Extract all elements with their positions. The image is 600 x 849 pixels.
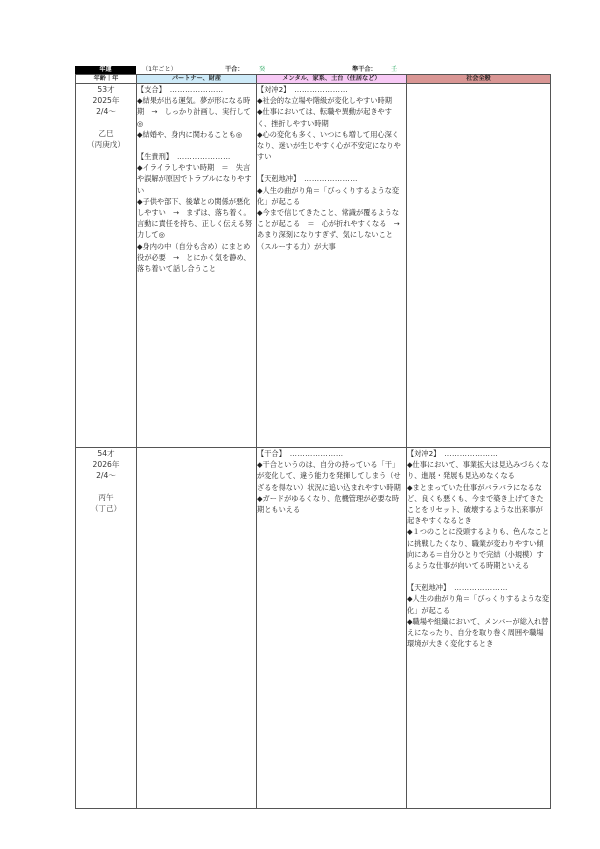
- block-dots: …………………: [454, 583, 508, 592]
- block-dots: …………………: [170, 85, 224, 94]
- column-header-age: 年齢｜年: [76, 75, 137, 84]
- list-item: ◆干合というのは、自分の持っている「干」が変化して、違う能力を発揮してしまう（せ…: [257, 459, 406, 493]
- list-item: ◆子供や部下、後輩との関係が悪化しやすい → まずは、落ち着く。言動に責任を持ち…: [137, 196, 256, 241]
- block-dots: …………………: [304, 174, 358, 183]
- date-text: 2/4〜: [76, 106, 136, 117]
- block-dots: …………………: [177, 152, 231, 161]
- column-header-row: 年齢｜年 パートナー、財産 メンタル、家系、土台（住居など） 社会全般: [76, 75, 551, 84]
- sheet-header: 年運 （1年ごと） 干合： 癸 準干合： 壬: [75, 66, 550, 74]
- list-item: ◆今まで信じてきたこと、常識が覆るようなことが起こる ＝ 心が折れやすくなる →…: [257, 207, 406, 252]
- age-text: 54才: [76, 448, 136, 459]
- block-title: 【干合】: [257, 449, 286, 458]
- list-item: ◆結婚や、身内に関わることも◎: [137, 129, 256, 140]
- block-title: 【天剋地冲】: [407, 583, 450, 592]
- block-title: 【対冲2】: [257, 85, 290, 94]
- column-header-partner: パートナー、財産: [137, 75, 257, 84]
- jun-kango-value: 壬: [391, 66, 397, 74]
- year-text: 2025年: [76, 95, 136, 106]
- fortune-block: 【対冲2】………………… ◆社会的な立場や階級が変化しやすい時期 ◆仕事において…: [257, 84, 406, 162]
- block-title: 【天剋地冲】: [257, 174, 300, 183]
- social-cell: [407, 84, 551, 448]
- list-item: ◆心の変化も多く、いつにも増して用心深くなり、迷いが生じやすく心が不安定になりや…: [257, 129, 406, 163]
- mental-cell: 【対冲2】………………… ◆社会的な立場や階級が変化しやすい時期 ◆仕事において…: [257, 84, 407, 448]
- table-row-2025: 53才 2025年 2/4〜 乙巳 （丙庚戊） 【支合】………………… ◆結果が…: [76, 84, 551, 448]
- block-dots: …………………: [294, 85, 348, 94]
- zokan-text: （丁己）: [76, 503, 136, 514]
- list-item: ◆仕事においては、転職や異動が起きやすく、挫折しやすい時期: [257, 106, 406, 128]
- list-item: ◆人生の曲がり角＝「びっくりするような変化」が起こる: [407, 593, 550, 615]
- per-year-note: （1年ごと）: [142, 66, 177, 74]
- fortune-sheet: 年運 （1年ごと） 干合： 癸 準干合： 壬 年齢｜年 パートナー、財産 メンタ…: [0, 0, 600, 849]
- list-item: ◆人生の曲がり角＝「びっくりするような変化」が起こる: [257, 185, 406, 207]
- block-title: 【対冲2】: [407, 449, 440, 458]
- fortune-block: 【天剋地冲】………………… ◆人生の曲がり角＝「びっくりするような変化」が起こる…: [407, 582, 550, 649]
- mental-cell: 【干合】………………… ◆干合というのは、自分の持っている「干」が変化して、違う…: [257, 448, 407, 809]
- kango-label: 干合：: [225, 66, 244, 74]
- social-cell: 【対冲2】………………… ◆仕事において、事業拡大は見込みづらくなり、進展・発展…: [407, 448, 551, 809]
- list-item: ◆職場や組織において、メンバーが総入れ替えになったり、自分を取り巻く周囲や職場環…: [407, 616, 550, 650]
- block-dots: …………………: [444, 449, 498, 458]
- date-text: 2/4〜: [76, 470, 136, 481]
- block-dots: …………………: [290, 449, 344, 458]
- age-cell: 53才 2025年 2/4〜 乙巳 （丙庚戊）: [76, 84, 137, 448]
- block-title: 【生貴刑】: [137, 152, 173, 161]
- year-text: 2026年: [76, 459, 136, 470]
- column-header-mental: メンタル、家系、土台（住居など）: [257, 75, 407, 84]
- kanshi-text: 乙巳: [76, 128, 136, 139]
- block-title: 【支合】: [137, 85, 166, 94]
- list-item: ◆イライラしやすい時期 ＝ 失言や誤解が原因でトラブルになりやすい: [137, 162, 256, 196]
- list-item: ◆ガードがゆるくなり、危機管理が必要な時期ともいえる: [257, 493, 406, 515]
- table-row-2026: 54才 2026年 2/4〜 丙午 （丁己） 【干合】………………… ◆干合とい…: [76, 448, 551, 809]
- age-text: 53才: [76, 84, 136, 95]
- kango-value: 癸: [259, 66, 265, 74]
- fortune-block: 【支合】………………… ◆結果が出る運気。夢が形になる時期 → しっかり計画し、…: [137, 84, 256, 140]
- zokan-text: （丙庚戊）: [76, 139, 136, 150]
- sheet-title: 年運: [75, 66, 136, 74]
- list-item: ◆仕事において、事業拡大は見込みづらくなり、進展・発展も見込めなくなる: [407, 459, 550, 481]
- partner-cell: [137, 448, 257, 809]
- fortune-table: 年齢｜年 パートナー、財産 メンタル、家系、土台（住居など） 社会全般 53才 …: [75, 74, 551, 809]
- partner-cell: 【支合】………………… ◆結果が出る運気。夢が形になる時期 → しっかり計画し、…: [137, 84, 257, 448]
- list-item: ◆身内の中（自分も含め）にまとめ役が必要 → とにかく気を静め、落ち着いて話し合…: [137, 241, 256, 275]
- list-item: ◆結果が出る運気。夢が形になる時期 → しっかり計画し、実行して◎: [137, 95, 256, 129]
- fortune-block: 【干合】………………… ◆干合というのは、自分の持っている「干」が変化して、違う…: [257, 448, 406, 515]
- column-header-social: 社会全般: [407, 75, 551, 84]
- list-item: ◆１つのことに没頭するよりも、色んなことに挑戦したくなり、職業が変わりやすい傾向…: [407, 526, 550, 571]
- list-item: ◆社会的な立場や階級が変化しやすい時期: [257, 95, 406, 106]
- jun-kango-label: 準干合：: [352, 66, 377, 74]
- fortune-block: 【対冲2】………………… ◆仕事において、事業拡大は見込みづらくなり、進展・発展…: [407, 448, 550, 571]
- age-cell: 54才 2026年 2/4〜 丙午 （丁己）: [76, 448, 137, 809]
- kanshi-text: 丙午: [76, 492, 136, 503]
- fortune-block: 【天剋地冲】………………… ◆人生の曲がり角＝「びっくりするような変化」が起こる…: [257, 173, 406, 251]
- fortune-block: 【生貴刑】………………… ◆イライラしやすい時期 ＝ 失言や誤解が原因でトラブル…: [137, 151, 256, 274]
- list-item: ◆まとまっていた仕事がバラバラになるなど、良くも悪くも、今まで築き上げてきたこと…: [407, 482, 550, 527]
